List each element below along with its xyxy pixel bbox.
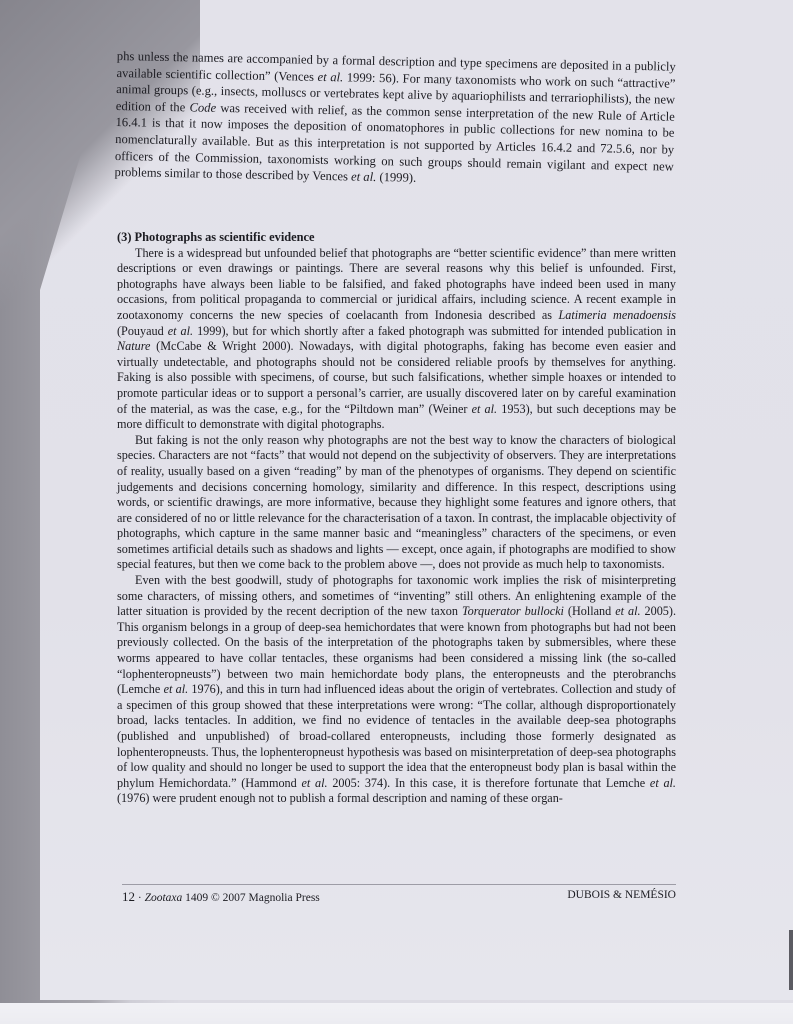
section-photographs: (3) Photographs as scientific evidence T…	[117, 230, 676, 807]
paragraph: Even with the best goodwill, study of ph…	[117, 573, 676, 807]
footer-rule	[122, 884, 676, 885]
footer-separator: ·	[135, 892, 145, 904]
paragraph: But faking is not the only reason why ph…	[117, 433, 676, 573]
paragraph: There is a widespread but unfounded beli…	[117, 246, 676, 433]
scanner-mark	[789, 930, 793, 990]
footer-authors: DUBOIS & NEMÉSIO	[567, 889, 676, 905]
continued-paragraph: phs unless the names are accompanied by …	[114, 48, 675, 191]
issue-info: 1409 © 2007 Magnolia Press	[182, 892, 319, 904]
scanner-edge	[0, 1003, 793, 1024]
journal-name: Zootaxa	[145, 892, 183, 904]
section-heading: (3) Photographs as scientific evidence	[117, 230, 676, 246]
footer-citation: 12 · Zootaxa 1409 © 2007 Magnolia Press	[122, 889, 320, 905]
paragraph: phs unless the names are accompanied by …	[114, 48, 675, 191]
page-number: 12	[122, 889, 135, 904]
page-footer: 12 · Zootaxa 1409 © 2007 Magnolia Press …	[122, 889, 676, 905]
